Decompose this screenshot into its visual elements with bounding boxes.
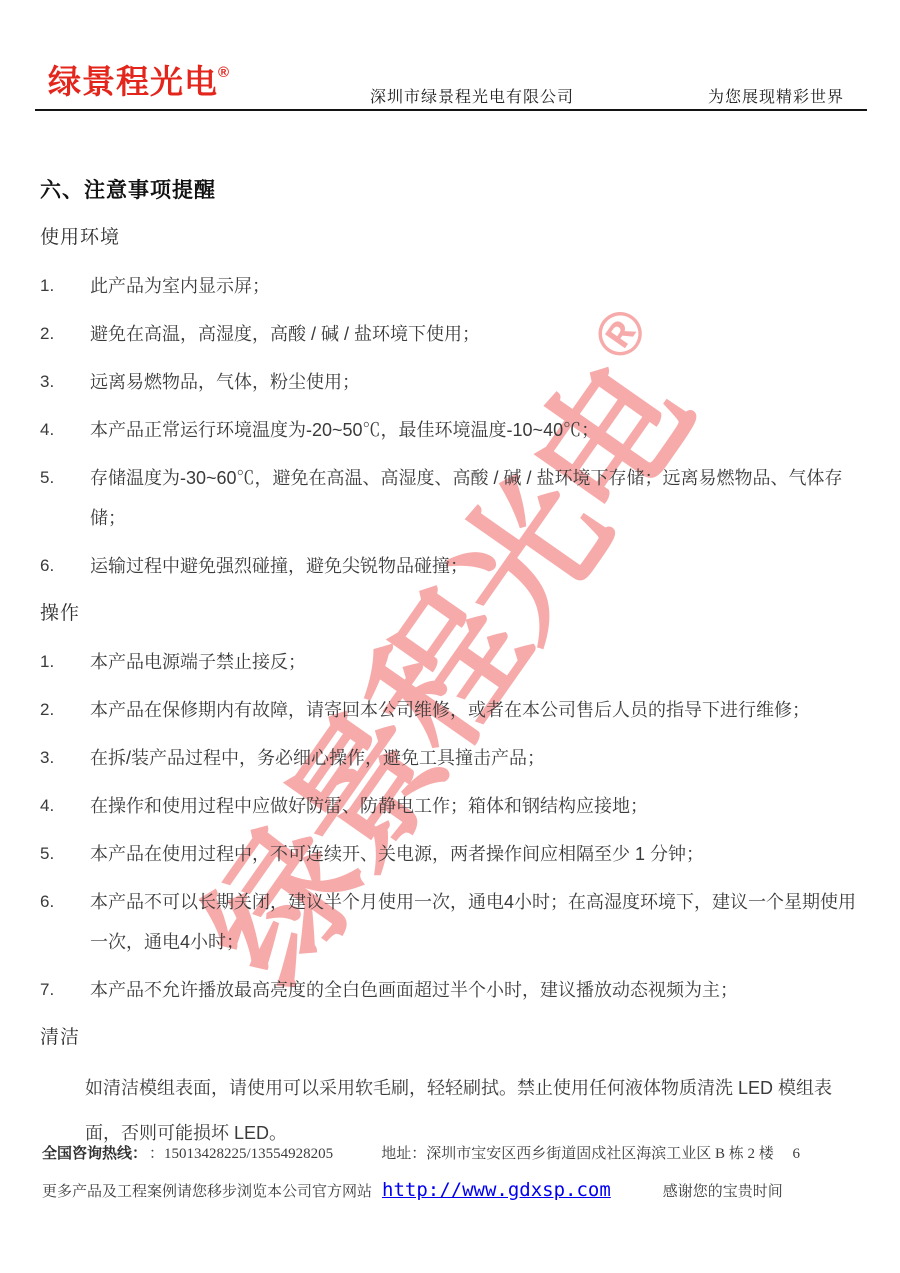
header-divider [35,109,867,111]
website-prompt-text: 更多产品及工程案例请您移步浏览本公司官方网站 [42,1174,372,1210]
item-number: 7. [40,970,90,1010]
list-item: 6. 本产品不可以长期关闭，建议半个月使用一次，通电4小时；在高湿度环境下，建议… [40,882,866,962]
logo-text: 绿景程光电 [48,63,218,100]
website-link[interactable]: http://www.gdxsp.com [382,1172,611,1208]
item-text: 本产品不可以长期关闭，建议半个月使用一次，通电4小时；在高湿度环境下，建议一个星… [90,882,866,962]
subsection-heading-operation: 操作 [40,594,866,634]
item-text: 远离易燃物品，气体，粉尘使用； [90,362,866,402]
list-item: 5. 本产品在使用过程中，不可连续开、关电源，两者操作间应相隔至少 1 分钟； [40,834,866,874]
item-number: 6. [40,882,90,922]
item-text: 此产品为室内显示屏； [90,266,866,306]
item-number: 1. [40,266,90,306]
list-item: 4. 在操作和使用过程中应做好防雷、防静电工作；箱体和钢结构应接地； [40,786,866,826]
list-item: 3. 在拆/装产品过程中，务必细心操作，避免工具撞击产品； [40,738,866,778]
list-item: 6. 运输过程中避免强烈碰撞，避免尖锐物品碰撞； [40,546,866,586]
registered-trademark-icon: ® [218,64,229,81]
document-body: 六、注意事项提醒 使用环境 1. 此产品为室内显示屏； 2. 避免在高温，高湿度… [40,170,866,1156]
footer-contact-line: 全国咨询热线： ：15013428225/13554928205 地址：深圳市宝… [42,1136,804,1172]
item-number: 4. [40,410,90,450]
page-footer: 全国咨询热线： ：15013428225/13554928205 地址：深圳市宝… [42,1136,804,1210]
list-item: 2. 本产品在保修期内有故障，请寄回本公司维修，或者在本公司售后人员的指导下进行… [40,690,866,730]
item-text: 本产品不允许播放最高亮度的全白色画面超过半个小时，建议播放动态视频为主； [90,970,866,1010]
item-number: 3. [40,362,90,402]
subsection-heading-environment: 使用环境 [40,218,866,258]
item-text: 本产品正常运行环境温度为-20~50℃，最佳环境温度-10~40℃； [90,410,866,450]
hotline-label: 全国咨询热线： [42,1136,147,1172]
list-item: 1. 本产品电源端子禁止接反； [40,642,866,682]
list-item: 3. 远离易燃物品，气体，粉尘使用； [40,362,866,402]
item-number: 2. [40,690,90,730]
company-name: 深圳市绿景程光电有限公司 [370,84,574,107]
item-number: 6. [40,546,90,586]
list-item: 5. 存储温度为-30~60℃，避免在高温、高湿度、高酸 / 碱 / 盐环境下存… [40,458,866,538]
item-number: 4. [40,786,90,826]
item-text: 存储温度为-30~60℃，避免在高温、高湿度、高酸 / 碱 / 盐环境下存储；远… [90,458,866,538]
item-number: 2. [40,314,90,354]
company-address: 地址：深圳市宝安区西乡街道固戍社区海滨工业区 B 栋 2 楼 [381,1136,774,1172]
item-text: 本产品在保修期内有故障，请寄回本公司维修，或者在本公司售后人员的指导下进行维修； [90,690,866,730]
list-item: 1. 此产品为室内显示屏； [40,266,866,306]
item-number: 3. [40,738,90,778]
item-number: 5. [40,458,90,498]
list-item: 4. 本产品正常运行环境温度为-20~50℃，最佳环境温度-10~40℃； [40,410,866,450]
list-item: 2. 避免在高温，高湿度，高酸 / 碱 / 盐环境下使用； [40,314,866,354]
item-text: 本产品电源端子禁止接反； [90,642,866,682]
page-number: 6 [793,1136,805,1172]
item-number: 1. [40,642,90,682]
item-text: 避免在高温，高湿度，高酸 / 碱 / 盐环境下使用； [90,314,866,354]
footer-website-line: 更多产品及工程案例请您移步浏览本公司官方网站 http://www.gdxsp.… [42,1172,804,1210]
item-text: 运输过程中避免强烈碰撞，避免尖锐物品碰撞； [90,546,866,586]
company-logo: 绿景程光电® [48,56,229,103]
thanks-text: 感谢您的宝贵时间 [663,1174,783,1210]
item-number: 5. [40,834,90,874]
item-text: 在操作和使用过程中应做好防雷、防静电工作；箱体和钢结构应接地； [90,786,866,826]
item-text: 本产品在使用过程中，不可连续开、关电源，两者操作间应相隔至少 1 分钟； [90,834,866,874]
item-text: 在拆/装产品过程中，务必细心操作，避免工具撞击产品； [90,738,866,778]
subsection-heading-cleaning: 清洁 [40,1018,866,1058]
section-title: 六、注意事项提醒 [40,170,866,210]
company-slogan: 为您展现精彩世界 [708,84,844,107]
list-item: 7. 本产品不允许播放最高亮度的全白色画面超过半个小时，建议播放动态视频为主； [40,970,866,1010]
hotline-numbers: ：15013428225/13554928205 [149,1136,333,1172]
